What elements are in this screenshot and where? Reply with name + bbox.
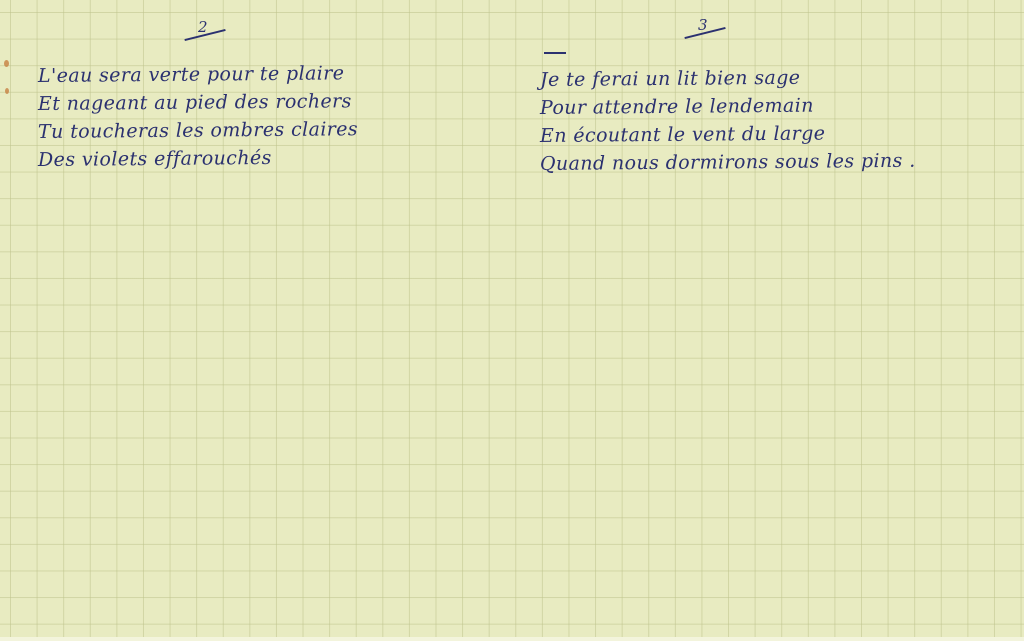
verse-line: En écoutant le vent du large <box>540 119 916 150</box>
notebook-page-spread: { "document": { "type": "handwritten poe… <box>0 0 1024 641</box>
page-left: 2 L'eau sera verte pour te plaire Et nag… <box>0 0 500 641</box>
page-right: 3 Je te ferai un lit bien sage Pour atte… <box>512 0 1012 641</box>
paper-bottom-edge <box>0 637 1024 641</box>
stanza: Je te ferai un lit bien sage Pour attend… <box>540 66 916 178</box>
verse-line: L'eau sera verte pour te plaire <box>38 59 358 90</box>
page-number: 2 <box>198 18 208 36</box>
verse-line: Et nageant au pied des rochers <box>38 87 358 118</box>
page-number: 3 <box>698 16 708 34</box>
ink-stain-mark <box>5 88 9 94</box>
verse-line: Des violets effarouchés <box>38 143 358 174</box>
stanza: L'eau sera verte pour te plaire Et nagea… <box>38 62 358 174</box>
leading-dash-mark <box>544 52 566 54</box>
verse-line: Je te ferai un lit bien sage <box>540 63 916 94</box>
verse-line: Tu toucheras les ombres claires <box>38 115 358 146</box>
verse-line: Quand nous dormirons sous les pins . <box>540 147 916 178</box>
ink-stain-mark <box>4 60 9 67</box>
verse-line: Pour attendre le lendemain <box>540 91 916 122</box>
